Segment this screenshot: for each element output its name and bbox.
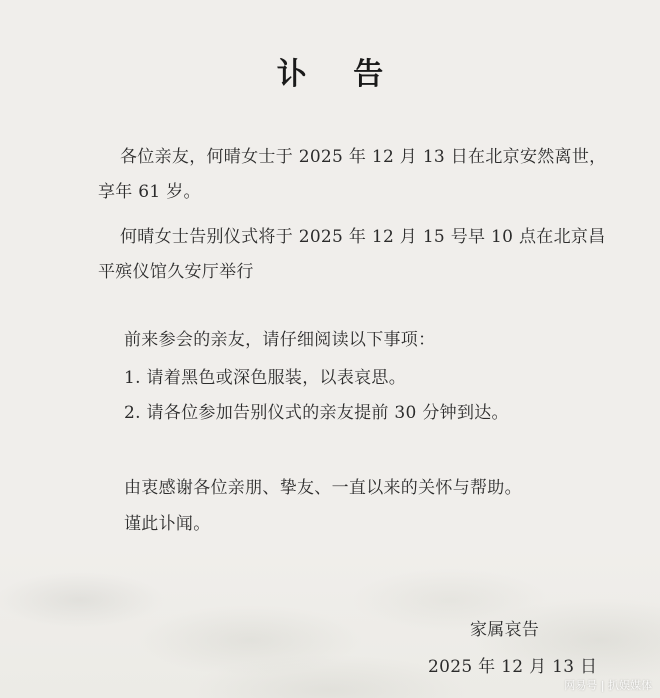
- obituary-title: 讣 告: [0, 49, 660, 93]
- paragraph-1-line-2: 享年 61 岁。: [98, 181, 201, 203]
- paragraph-2-line-1: 何晴女士告别仪式将于 2025 年 12 月 15 号早 10 点在北京昌: [120, 226, 606, 248]
- obituary-paper: 讣 告 各位亲友，何晴女士于 2025 年 12 月 13 日在北京安然离世， …: [0, 0, 660, 698]
- signature-date: 2025 年 12 月 13 日: [428, 656, 597, 678]
- signature-from: 家属哀告: [470, 619, 539, 641]
- watermark: 网易号 | 扒娱媒体: [564, 677, 652, 693]
- notice-intro: 前来参会的亲友，请仔细阅读以下事项：: [124, 329, 435, 351]
- notice-item-2: 2. 请各位参加告别仪式的亲友提前 30 分钟到达。: [124, 402, 509, 424]
- paragraph-2-line-2: 平殡仪馆久安厅举行: [98, 261, 254, 283]
- notice-item-1: 1. 请着黑色或深色服装，以表哀思。: [124, 367, 406, 389]
- closing-statement: 谨此讣闻。: [124, 513, 211, 535]
- closing-thanks: 由衷感谢各位亲朋、挚友、一直以来的关怀与帮助。: [124, 477, 522, 499]
- paragraph-1-line-1: 各位亲友，何晴女士于 2025 年 12 月 13 日在北京安然离世，: [120, 146, 606, 168]
